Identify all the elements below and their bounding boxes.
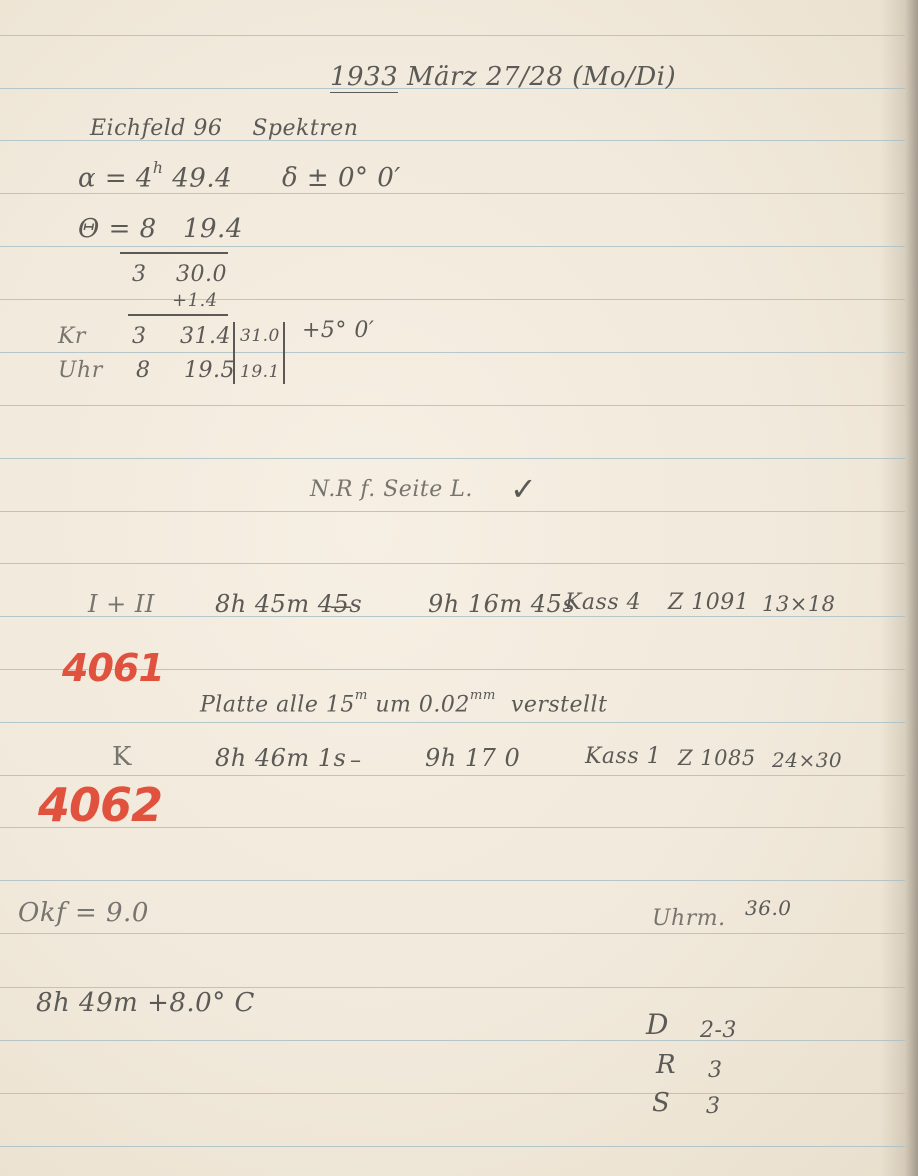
- uhrm-value: 36.0: [745, 896, 792, 920]
- rating-r-symbol: R: [656, 1050, 676, 1080]
- exposure-1-plate: Z 1091: [668, 590, 749, 615]
- uhr-label: Uhr: [58, 358, 103, 383]
- uhr-box-value: 19.1: [240, 362, 280, 382]
- kr-minutes: 31.4: [180, 324, 231, 349]
- temperature-value: +8.0° C: [147, 988, 255, 1018]
- box-right-rule: [283, 322, 285, 384]
- exposure-2-dash: –: [350, 748, 362, 773]
- kr-label: Kr: [58, 324, 86, 349]
- rating-s-value: 3: [706, 1094, 721, 1119]
- header-weekday: (Mo/Di): [572, 62, 676, 92]
- rating-seeing-value: 2-3: [700, 1018, 737, 1043]
- theta-label: Θ = 8: [78, 214, 157, 244]
- exposure-1-end: 9h 16m 45s: [428, 590, 575, 618]
- kr-box-value: 31.0: [240, 326, 280, 346]
- rule-line: [0, 775, 905, 776]
- rule-line: [0, 405, 905, 406]
- temperature-line: 8h 49m +8.0° C: [36, 988, 255, 1018]
- rule-line: [0, 880, 905, 881]
- page-header: 1933 März 27/28 (Mo/Di): [330, 62, 676, 92]
- rating-r-value: 3: [708, 1058, 723, 1083]
- exposure-1-dash: —: [330, 594, 353, 619]
- checkmark-icon: ✓: [510, 470, 537, 508]
- plate-note-b: um 0.02: [375, 692, 470, 717]
- rule-line: [0, 458, 905, 459]
- alpha-label: α = 4: [78, 164, 153, 194]
- target-type: Spektren: [252, 116, 358, 141]
- exposure-2-size: 24×30: [772, 748, 842, 772]
- alpha-value: 49.4: [172, 164, 232, 194]
- plate-number-4062: 4062: [38, 778, 162, 832]
- exposure-1-size: 13×18: [762, 592, 836, 616]
- target-line: Eichfeld 96 Spektren: [90, 116, 358, 141]
- rule-line: [0, 563, 905, 564]
- uhrm-label: Uhrm.: [652, 906, 726, 931]
- rule-line: [0, 1040, 905, 1041]
- exposure-1-cassette: Kass 4: [565, 590, 641, 615]
- exposure-2-cassette: Kass 1: [585, 744, 661, 769]
- exposure-2-start: 8h 46m 1s: [215, 744, 346, 772]
- temperature-time: 8h 49m: [36, 988, 138, 1018]
- plate-note: Platte alle 15m um 0.02mm verstellt: [200, 692, 607, 717]
- calc-correction: +1.4: [172, 290, 218, 311]
- theta-line: Θ = 8 19.4: [78, 214, 243, 244]
- sum-line-1: [120, 252, 228, 254]
- rule-line: [0, 722, 905, 723]
- sum-line-2: [128, 314, 228, 316]
- notebook-page: 1933 März 27/28 (Mo/Di) Eichfeld 96 Spek…: [0, 0, 918, 1176]
- plate-note-c: verstellt: [511, 692, 608, 717]
- rule-line: [0, 1093, 905, 1094]
- rule-line: [0, 511, 905, 512]
- delta-value: δ ± 0° 0′: [282, 163, 401, 193]
- header-date: März 27/28: [407, 62, 563, 92]
- plate-number-4061: 4061: [62, 646, 164, 690]
- plate-note-sup-b: mm: [470, 688, 496, 703]
- uhr-minutes: 19.5: [184, 358, 235, 383]
- rule-line: [0, 933, 905, 934]
- calc-row1-m: 30.0: [176, 262, 227, 287]
- exposure-2-end: 9h 17 0: [425, 744, 520, 772]
- kr-hour: 3: [132, 324, 147, 349]
- rule-line: [0, 35, 905, 36]
- rule-line: [0, 1146, 905, 1147]
- okf-value: Okf = 9.0: [18, 898, 149, 928]
- exposure-2-instrument: K: [112, 742, 132, 772]
- box-left-rule: [233, 322, 235, 384]
- alpha-hour-unit: h: [153, 159, 164, 177]
- rule-line: [0, 246, 905, 247]
- offset-value: +5° 0′: [302, 318, 374, 343]
- theta-value: 19.4: [183, 214, 243, 244]
- plate-note-sup-a: m: [355, 688, 368, 703]
- exposure-1-instrument: I + II: [88, 590, 155, 618]
- rating-seeing-symbol: D: [646, 1008, 669, 1041]
- calc-row1-h: 3: [132, 262, 147, 287]
- plate-note-a: Platte alle 15: [200, 692, 355, 717]
- alpha-line: α = 4h 49.4: [78, 163, 232, 194]
- rule-line: [0, 299, 905, 300]
- header-year: 1933: [330, 62, 398, 93]
- target-name: Eichfeld 96: [90, 116, 222, 141]
- note-text: N.R f. Seite L.: [310, 477, 473, 502]
- rating-s-symbol: S: [652, 1088, 670, 1118]
- rule-line: [0, 352, 905, 353]
- exposure-2-plate: Z 1085: [678, 746, 756, 770]
- uhr-hour: 8: [136, 358, 151, 383]
